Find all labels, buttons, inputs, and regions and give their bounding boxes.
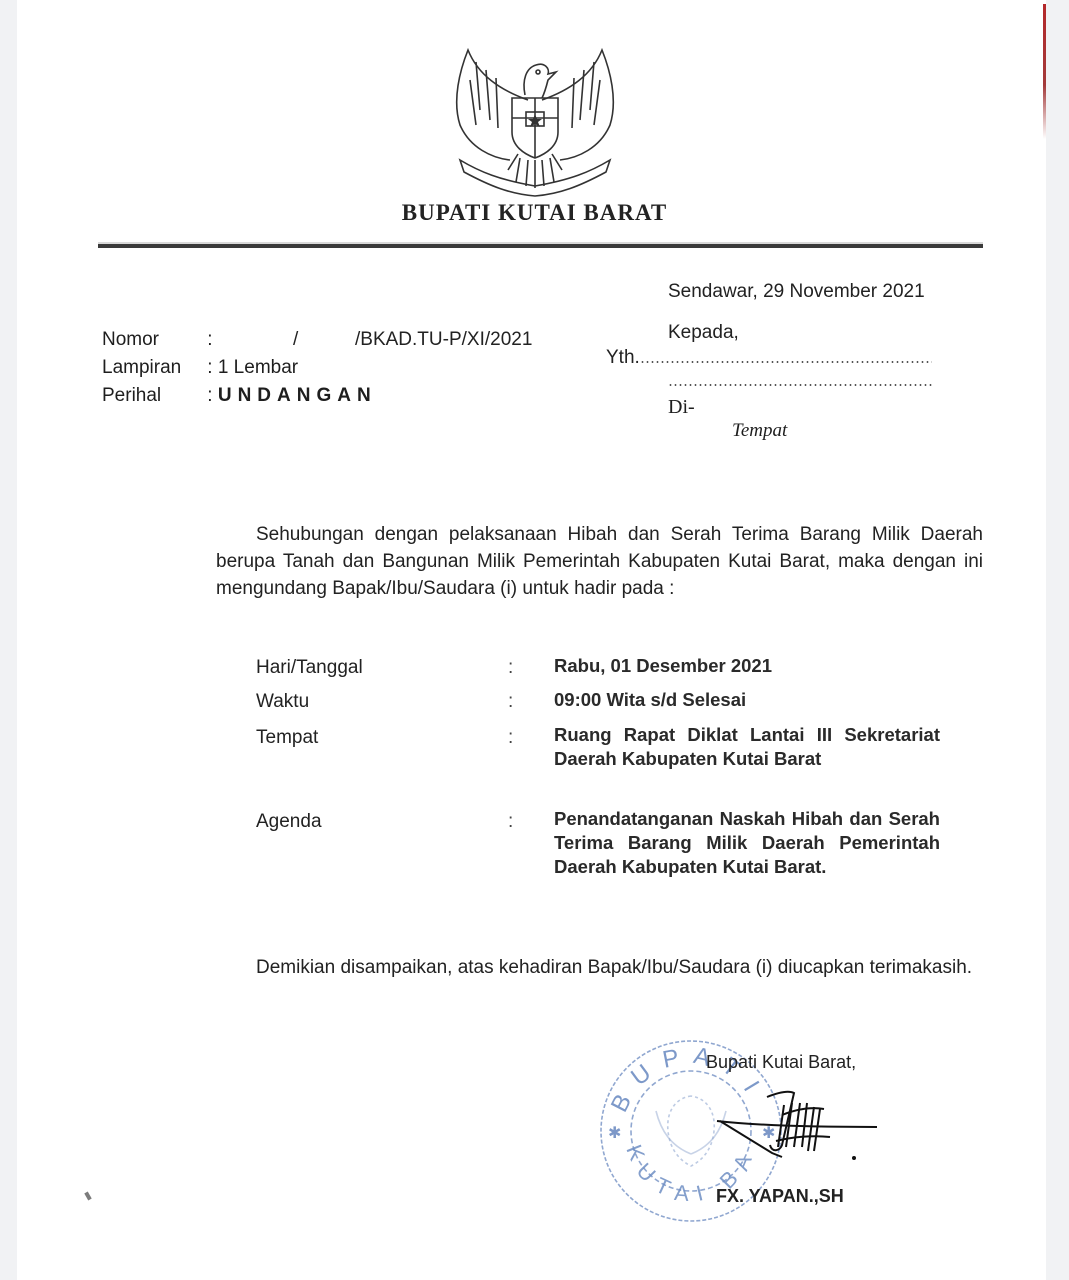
- svg-text:✱: ✱: [608, 1125, 621, 1142]
- page-edge-mark: [1043, 4, 1046, 139]
- letterhead-divider: [98, 244, 983, 248]
- garuda-emblem-icon: [430, 40, 640, 198]
- detail-label-tempat: Tempat: [256, 727, 318, 749]
- handwritten-signature-icon: [712, 1085, 882, 1165]
- detail-label-waktu: Waktu: [256, 691, 309, 713]
- recipient-tempat: Tempat: [732, 420, 787, 442]
- perihal-value: UNDANGAN: [218, 385, 377, 406]
- detail-colon: :: [508, 691, 513, 713]
- nomor-colon: :: [207, 329, 212, 350]
- detail-colon: :: [508, 657, 513, 679]
- nomor-value: /BKAD.TU-P/XI/2021: [355, 329, 532, 351]
- lampiran-label: Lampiran: [102, 357, 202, 379]
- detail-colon: :: [508, 727, 513, 749]
- meta-nomor: Nomor :: [102, 329, 213, 351]
- recipient-name-blank: [640, 361, 932, 363]
- nomor-slash: /: [293, 329, 298, 351]
- recipient-kepada: Kepada,: [668, 322, 739, 344]
- recipient-address-blank: [668, 384, 934, 386]
- detail-label-agenda: Agenda: [256, 811, 322, 833]
- detail-colon: :: [508, 811, 513, 833]
- meta-perihal: Perihal : UNDANGAN: [102, 385, 377, 407]
- letterhead-title: BUPATI KUTAI BARAT: [0, 200, 1069, 226]
- perihal-colon: :: [207, 385, 212, 406]
- detail-value-agenda: Penandatanganan Naskah Hibah dan Serah T…: [554, 807, 940, 879]
- lampiran-value: : 1 Lembar: [207, 357, 298, 378]
- detail-value-hari: Rabu, 01 Desember 2021: [554, 654, 940, 678]
- signatory-title: Bupati Kutai Barat,: [706, 1052, 856, 1073]
- meta-lampiran: Lampiran : 1 Lembar: [102, 357, 298, 379]
- signatory-name: FX. YAPAN.,SH: [716, 1186, 844, 1207]
- opening-paragraph: Sehubungan dengan pelaksanaan Hibah dan …: [216, 521, 983, 602]
- perihal-label: Perihal: [102, 385, 202, 407]
- detail-value-waktu: 09:00 Wita s/d Selesai: [554, 688, 940, 712]
- detail-label-hari: Hari/Tanggal: [256, 657, 363, 679]
- recipient-yth: Yth.: [606, 347, 640, 369]
- closing-paragraph: Demikian disampaikan, atas kehadiran Bap…: [216, 954, 983, 981]
- nomor-label: Nomor: [102, 329, 202, 351]
- recipient-di: Di-: [668, 396, 695, 419]
- letter-date: Sendawar, 29 November 2021: [668, 281, 925, 303]
- detail-value-tempat: Ruang Rapat Diklat Lantai III Sekretaria…: [554, 723, 940, 771]
